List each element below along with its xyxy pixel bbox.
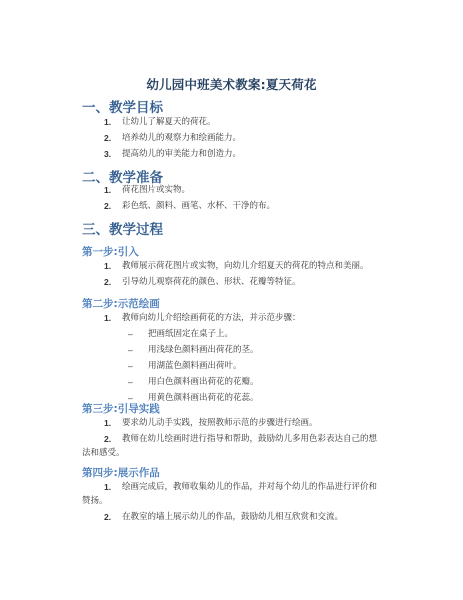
list-text: 提高幼儿的审美能力和创造力。: [122, 148, 241, 161]
dash-bullet: –: [128, 344, 133, 357]
list-text: 彩色纸、颜料、画笔、水杯、干净的布。: [122, 200, 275, 213]
sub-list-text: 用湖蓝色颜料画出荷叶。: [148, 360, 242, 373]
list-number: 1.: [104, 312, 120, 325]
section-heading-preparation: 二、教学准备: [82, 166, 163, 186]
list-text: 在教室的墙上展示幼儿的作品，鼓励幼儿相互欣赏和交流。: [122, 511, 343, 524]
sub-list-text: 用黄色颜料画出荷花的花蕊。: [148, 392, 259, 405]
list-number: 2.: [104, 433, 120, 446]
list-text-continued: 赞扬。: [82, 495, 108, 508]
document-page: 幼儿园中班美术教案:夏天荷花 一、教学目标 1. 让幼儿了解夏天的荷花。 2. …: [0, 0, 463, 600]
list-number: 2.: [104, 511, 120, 524]
step-heading-showcase: 第四步:展示作品: [82, 465, 160, 480]
sub-list-text: 用白色颜料画出荷花的花瓣。: [148, 376, 259, 389]
list-text: 要求幼儿动手实践，按照教师示范的步骤进行绘画。: [122, 417, 318, 430]
list-text: 引导幼儿观察荷花的颜色、形状、花瓣等特征。: [122, 276, 301, 289]
list-text: 荷花图片或实物。: [122, 184, 190, 197]
list-text: 让幼儿了解夏天的荷花。: [122, 116, 216, 129]
sub-list-text: 把画纸固定在桌子上。: [148, 328, 233, 341]
dash-bullet: –: [128, 328, 133, 341]
list-number: 2.: [104, 276, 120, 289]
list-number: 2.: [104, 132, 120, 145]
list-text: 培养幼儿的观察力和绘画能力。: [122, 132, 241, 145]
sub-list-text: 用浅绿色颜料画出荷花的茎。: [148, 344, 259, 357]
list-number: 1.: [104, 116, 120, 129]
section-heading-objectives: 一、教学目标: [82, 96, 163, 116]
section-heading-process: 三、教学过程: [82, 218, 163, 238]
list-number: 2.: [104, 200, 120, 213]
list-text: 绘画完成后，教师收集幼儿的作品，并对每个幼儿的作品进行评价和: [122, 481, 377, 494]
list-number: 1.: [104, 184, 120, 197]
list-text: 教师向幼儿介绍绘画荷花的方法，并示范步骤：: [122, 312, 301, 325]
dash-bullet: –: [128, 376, 133, 389]
list-number: 3.: [104, 148, 120, 161]
step-heading-intro: 第一步:引入: [82, 244, 139, 259]
list-text: 教师在幼儿绘画时进行指导和帮助，鼓励幼儿多用色彩表达自己的想: [122, 433, 377, 446]
list-text-continued: 法和感受。: [82, 447, 125, 460]
list-text: 教师展示荷花图片或实物，向幼儿介绍夏天的荷花的特点和美丽。: [122, 260, 369, 273]
list-number: 1.: [104, 260, 120, 273]
dash-bullet: –: [128, 360, 133, 373]
list-number: 1.: [104, 481, 120, 494]
list-number: 1.: [104, 417, 120, 430]
document-title: 幼儿园中班美术教案:夏天荷花: [0, 75, 463, 93]
step-heading-practice: 第三步:引导实践: [82, 401, 160, 416]
step-heading-demo: 第二步:示范绘画: [82, 296, 160, 311]
